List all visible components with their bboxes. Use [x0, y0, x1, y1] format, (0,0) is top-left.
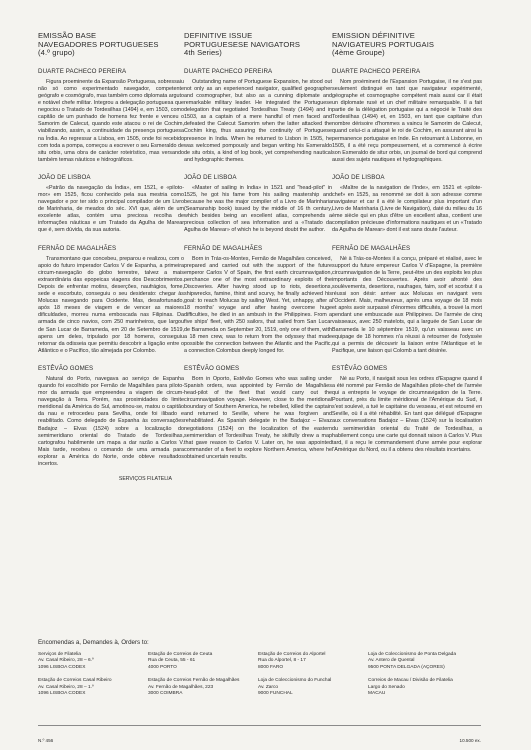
philatelic-leaflet-page: EMISSÃO BASE NAVEGADORES PORTUGUESES (4.… — [0, 0, 531, 750]
section-duarte-pacheco-pereira: DUARTE PACHECO PEREIRA Nom proéminent de… — [332, 68, 482, 164]
section-joao-de-lisboa: JOÃO DE LISBOA «Master of sailing in Ind… — [184, 174, 332, 235]
address-line: 3000 COIMBRA — [148, 691, 258, 697]
section-joao-de-lisboa: JOÃO DE LISBOA «Maître de la navigation … — [332, 174, 482, 235]
section-body: Born in Oporto, Estêvão Gomes who was sa… — [184, 376, 332, 461]
orders-title: Encomendas a, Demandes à, Orders to: — [38, 639, 478, 646]
section-body: Natural do Porto, navegava ao serviço de… — [38, 376, 184, 468]
address-item: Estação de Correios Fernão de MagalhãesA… — [148, 678, 258, 697]
section-estevao-gomes: ESTÊVÃO GOMES Né au Porto, il navigait s… — [332, 365, 482, 454]
column-english: DEFINITIVE ISSUE PORTUGUESESE NAVIGATORS… — [184, 32, 332, 471]
address-item: Loja de Coleccionismo do FunchalAv. Zarc… — [258, 678, 368, 697]
signature: SERVIÇOS FILATELIA — [38, 476, 184, 483]
address-item: Estação de Correios de CeutaRua de Ceuta… — [148, 652, 258, 671]
column-title: EMISSÃO BASE NAVEGADORES PORTUGUESES (4.… — [38, 32, 184, 58]
column-title: DEFINITIVE ISSUE PORTUGUESESE NAVIGATORS… — [184, 32, 332, 58]
section-estevao-gomes: ESTÊVÃO GOMES Natural do Porto, navegava… — [38, 365, 184, 468]
address-line: 4000 PORTO — [148, 665, 258, 671]
section-heading: DUARTE PACHECO PEREIRA — [184, 68, 332, 76]
address-grid: Serviços de FilateliaAv. Casal Ribeiro, … — [38, 652, 478, 697]
section-heading: ESTÊVÃO GOMES — [332, 365, 482, 373]
section-heading: JOÃO DE LISBOA — [38, 174, 184, 182]
section-duarte-pacheco-pereira: DUARTE PACHECO PEREIRA Outstanding name … — [184, 68, 332, 164]
address-item: Estação de Correios Casal RibeiroAv. Cas… — [38, 678, 148, 697]
address-item: Correios de Macau / Divisão de Filatelia… — [368, 678, 488, 697]
section-body: «Maître de la navigation de l'Inde», em … — [332, 185, 482, 235]
section-heading: FERNÃO DE MAGALHÃES — [38, 245, 184, 253]
section-body: Né au Porto, il navigait sous les ordres… — [332, 376, 482, 454]
section-body: Transmontano que concebeu, preparou e re… — [38, 256, 184, 355]
horizontal-rule — [38, 725, 481, 726]
column-french: EMISSION DÉFINITIVE NAVIGATEURS PORTUGAI… — [332, 32, 482, 464]
section-body: Figura proeminente da Expansão Portugues… — [38, 79, 184, 164]
address-line: MACAU — [368, 691, 488, 697]
section-heading: ESTÊVÃO GOMES — [38, 365, 184, 373]
address-item: Loja de Coleccionismo de Ponta DelgadaAv… — [368, 652, 488, 671]
section-fernao-de-magalhaes: FERNÃO DE MAGALHÃES Born in Trás-os-Mont… — [184, 245, 332, 355]
section-heading: ESTÊVÃO GOMES — [184, 365, 332, 373]
title-line: (4.º grupo) — [38, 49, 184, 58]
section-heading: FERNÃO DE MAGALHÃES — [332, 245, 482, 253]
orders-block: Encomendas a, Demandes à, Orders to: Ser… — [38, 639, 478, 697]
print-run: 10.500 ex. — [460, 738, 481, 743]
section-heading: DUARTE PACHECO PEREIRA — [38, 68, 184, 76]
title-line: 4th Series) — [184, 49, 332, 58]
address-line: 9500 PONTA DELGADA (AÇORES) — [368, 665, 488, 671]
title-line: (4ème Groupe) — [332, 49, 482, 58]
address-line: 1096 LISBOA CODEX — [38, 691, 148, 697]
address-line: 1096 LISBOA CODEX — [38, 665, 148, 671]
section-heading: JOÃO DE LISBOA — [184, 174, 332, 182]
section-body: Né à Trás-os-Montes il a conçu, préparé … — [332, 256, 482, 355]
address-item: Serviços de FilateliaAv. Casal Ribeiro, … — [38, 652, 148, 671]
leaflet-number: N.º 456 — [38, 738, 53, 743]
address-line: 8000 FARO — [258, 665, 368, 671]
section-duarte-pacheco-pereira: DUARTE PACHECO PEREIRA Figura proeminent… — [38, 68, 184, 164]
section-body: «Master of sailing in India» in 1521 and… — [184, 185, 332, 235]
section-body: Nom proéminent de l'Expansion Portugaise… — [332, 79, 482, 164]
section-fernao-de-magalhaes: FERNÃO DE MAGALHÃES Né à Trás-os-Montes … — [332, 245, 482, 355]
section-heading: JOÃO DE LISBOA — [332, 174, 482, 182]
section-heading: FERNÃO DE MAGALHÃES — [184, 245, 332, 253]
section-joao-de-lisboa: JOÃO DE LISBOA «Patrão da navegação da Í… — [38, 174, 184, 235]
column-title: EMISSION DÉFINITIVE NAVIGATEURS PORTUGAI… — [332, 32, 482, 58]
section-body: Outstanding name of Portuguese Expansion… — [184, 79, 332, 164]
section-heading: DUARTE PACHECO PEREIRA — [332, 68, 482, 76]
address-line: 9000 FUNCHAL — [258, 691, 368, 697]
section-body: «Patrão da navegação da Índia», em 1521,… — [38, 185, 184, 235]
section-estevao-gomes: ESTÊVÃO GOMES Born in Oporto, Estêvão Go… — [184, 365, 332, 461]
column-portuguese: EMISSÃO BASE NAVEGADORES PORTUGUESES (4.… — [38, 32, 184, 483]
address-item: Estação de Correios do AlportelRua do Al… — [258, 652, 368, 671]
section-body: Born in Trás-os-Montes, Fernão de Magalh… — [184, 256, 332, 355]
section-fernao-de-magalhaes: FERNÃO DE MAGALHÃES Transmontano que con… — [38, 245, 184, 355]
